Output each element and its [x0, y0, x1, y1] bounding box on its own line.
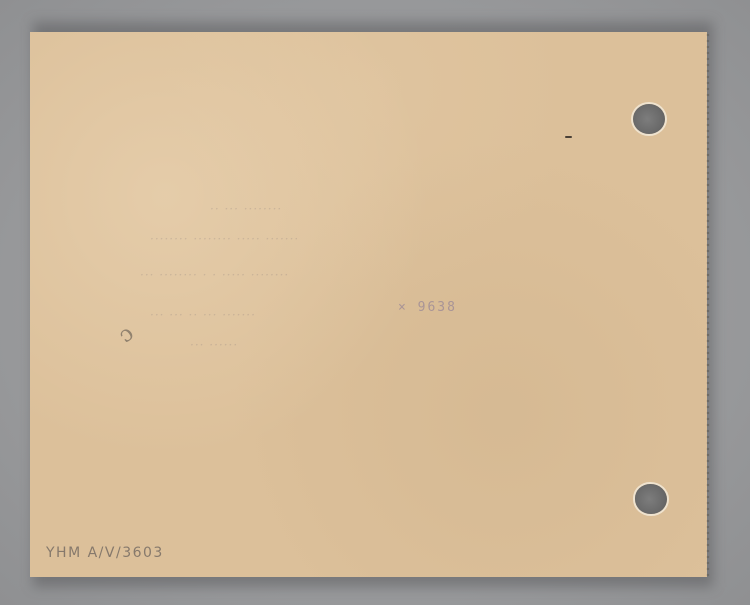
perforated-edge: [706, 32, 710, 577]
punch-hole-bottom: [635, 484, 667, 514]
archival-card: ·· ··· ········ ········ ········ ····· …: [30, 32, 707, 577]
show-through-line-2: ········ ········ ····· ·······: [150, 232, 299, 246]
show-through-line-3: ··· ········ · · ····· ········: [140, 268, 289, 282]
show-through-line-1: ·· ··· ········: [210, 202, 282, 216]
show-through-line-4: ··· ··· ·· ··· ·······: [150, 308, 256, 322]
show-through-line-5: ··· ······: [190, 338, 238, 352]
pencil-mark: ɔ: [113, 321, 139, 348]
punch-hole-top: [633, 104, 665, 134]
stamp-fragment: × 9638: [398, 300, 457, 315]
catalog-number: YHM A/V/3603: [46, 545, 164, 561]
ink-speck: [565, 136, 572, 138]
